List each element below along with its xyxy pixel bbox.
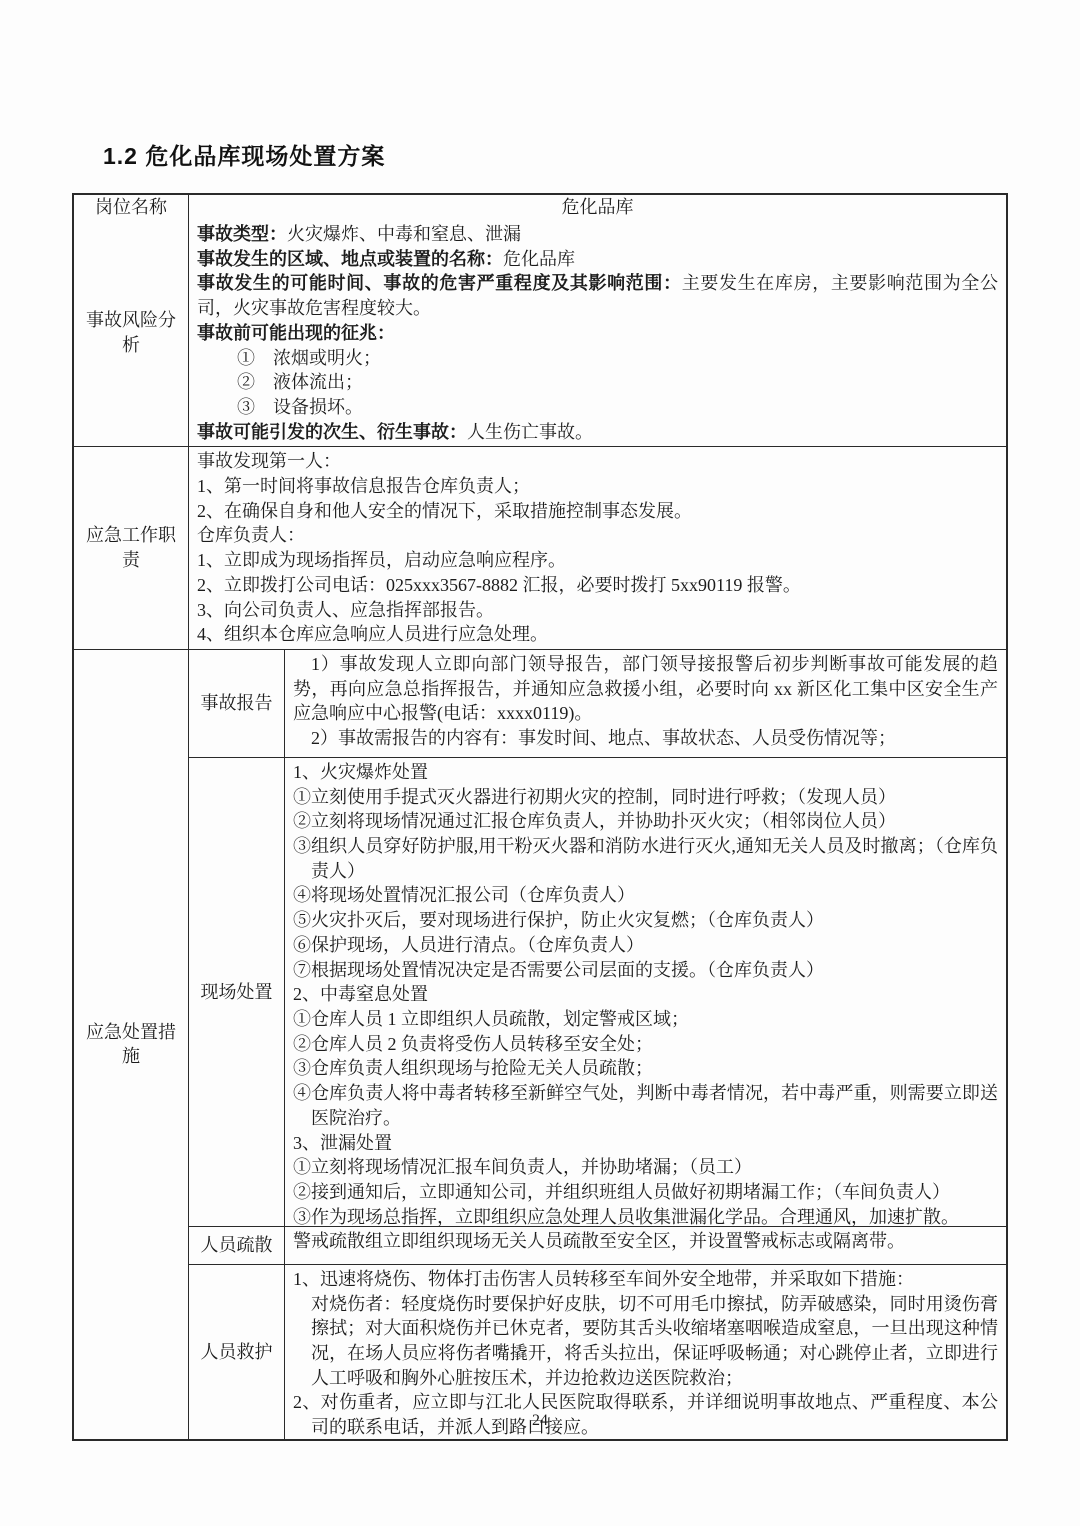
text-run: ②接到通知后，立即通知公司，并组织班组人员做好初期堵漏工作；（车间负责人） (293, 1182, 950, 1202)
text-line: ⑥保护现场，人员进行清点。（仓库负责人） (293, 933, 998, 958)
text-run: 1）事故发现人立即向部门领导报告，部门领导接报警后初步判断事故可能发展的趋势，再… (293, 654, 998, 723)
text-run: 1、迅速将烧伤、物体打击伤害人员转移至车间外安全地带，并采取如下措施： (293, 1269, 914, 1289)
text-line: 事故类型：火灾爆炸、中毒和窒息、泄漏 (197, 222, 998, 247)
text-line: ④仓库负责人将中毒者转移至新鲜空气处，判断中毒者情况，若中毒严重，则需要立即送医… (293, 1081, 998, 1130)
text-line: ①立刻使用手提式灭火器进行初期火灾的控制，同时进行呼救；（发现人员） (293, 785, 998, 810)
subrow-label-cell: 现场处置 (189, 758, 285, 1226)
text-run: 火灾爆炸、中毒和窒息、泄漏 (287, 224, 521, 244)
text-run: 2）事故需报告的内容有：事发时间、地点、事故状态、人员受伤情况等； (311, 728, 896, 748)
table-row: 事故风险分析事故类型：火灾爆炸、中毒和窒息、泄漏事故发生的区域、地点或装置的名称… (74, 220, 1006, 446)
text-line: 事故发生的可能时间、事故的危害严重程度及其影响范围：主要发生在库房，主要影响范围… (197, 271, 998, 320)
text-line: 3、向公司负责人、应急指挥部报告。 (197, 598, 998, 623)
page-number: 24 (0, 1412, 1080, 1430)
text-run: 2、在确保自身和他人安全的情况下，采取措施控制事态发展。 (197, 501, 692, 521)
text-line: 2、在确保自身和他人安全的情况下，采取措施控制事态发展。 (197, 499, 998, 524)
row-label-cell: 应急工作职责 (74, 447, 189, 649)
text-run: ② 液体流出； (237, 372, 363, 392)
text-run: ④仓库负责人将中毒者转移至新鲜空气处，判断中毒者情况，若中毒严重，则需要立即送医… (293, 1083, 998, 1128)
text-run: ⑥保护现场，人员进行清点。（仓库负责人） (293, 935, 644, 955)
subrow-group: 事故报告1）事故发现人立即向部门领导报告，部门领导接报警后初步判断事故可能发展的… (189, 650, 1006, 1439)
page-title: 1.2 危化品库现场处置方案 (103, 138, 385, 171)
text-line: ③ 设备损坏。 (197, 395, 998, 420)
text-line: 事故发现第一人： (197, 449, 998, 474)
text-line: 警戒疏散组立即组织现场无关人员疏散至安全区，并设置警戒标志或隔离带。 (293, 1229, 998, 1254)
text-run: ①立刻使用手提式灭火器进行初期火灾的控制，同时进行呼救；（发现人员） (293, 787, 896, 807)
text-run: 3、向公司负责人、应急指挥部报告。 (197, 600, 494, 620)
text-line: 1、火灾爆炸处置 (293, 760, 998, 785)
text-run: ②仓库人员 2 负责将受伤人员转移至安全处； (293, 1034, 653, 1054)
text-run: 1、第一时间将事故信息报告仓库负责人； (197, 476, 530, 496)
text-run: ⑦根据现场处置情况决定是否需要公司层面的支援。（仓库负责人） (293, 960, 824, 980)
table-row: 应急工作职责事故发现第一人：1、第一时间将事故信息报告仓库负责人；2、在确保自身… (74, 446, 1006, 649)
text-run: 警戒疏散组立即组织现场无关人员疏散至安全区，并设置警戒标志或隔离带。 (293, 1231, 905, 1251)
text-run: ①立刻将现场情况汇报车间负责人，并协助堵漏；（员工） (293, 1157, 752, 1177)
text-run: 2、中毒窒息处置 (293, 984, 428, 1004)
text-run: 1、火灾爆炸处置 (293, 762, 428, 782)
text-line: 1、迅速将烧伤、物体打击伤害人员转移至车间外安全地带，并采取如下措施： (293, 1267, 998, 1292)
text-line: 3、泄漏处置 (293, 1131, 998, 1156)
table-row: 应急处置措施事故报告1）事故发现人立即向部门领导报告，部门领导接报警后初步判断事… (74, 649, 1006, 1439)
text-line: 4、组织本仓库应急响应人员进行应急处理。 (197, 622, 998, 647)
subrow-label-cell: 人员疏散 (189, 1227, 285, 1264)
text-line: ②仓库人员 2 负责将受伤人员转移至安全处； (293, 1032, 998, 1057)
text-run: ③组织人员穿好防护服,用干粉灭火器和消防水进行灭火,通知无关人员及时撤离；（仓库… (293, 836, 998, 881)
text-line: 对烧伤者：轻度烧伤时要保护好皮肤，切不可用毛巾擦拭，防弄破感染，同时用烫伤膏擦拭… (293, 1292, 998, 1391)
text-run: 2、立即拨打公司电话：025xxx3567-8882 汇报，必要时拨打 5xx9… (197, 575, 801, 595)
bold-text-run: 事故前可能出现的征兆： (197, 323, 395, 343)
text-line: ②接到通知后，立即通知公司，并组织班组人员做好初期堵漏工作；（车间负责人） (293, 1180, 998, 1205)
text-run: ③作为现场总指挥，立即组织应急处理人员收集泄漏化学品。合理通风，加速扩散。 (293, 1207, 959, 1227)
text-line: ③组织人员穿好防护服,用干粉灭火器和消防水进行灭火,通知无关人员及时撤离；（仓库… (293, 834, 998, 883)
text-line: ④将现场处置情况汇报公司（仓库负责人） (293, 883, 998, 908)
header-post-name-cell: 岗位名称 (74, 195, 189, 220)
row-content-cell: 事故发现第一人：1、第一时间将事故信息报告仓库负责人；2、在确保自身和他人安全的… (189, 447, 1006, 649)
text-run: 仓库负责人： (197, 525, 305, 545)
row-label-cell: 事故风险分析 (74, 220, 189, 446)
text-line: ①立刻将现场情况汇报车间负责人，并协助堵漏；（员工） (293, 1155, 998, 1180)
subrow-content-cell: 1）事故发现人立即向部门领导报告，部门领导接报警后初步判断事故可能发展的趋势，再… (285, 650, 1006, 757)
text-run: ③仓库负责人组织现场与抢险无关人员疏散； (293, 1058, 653, 1078)
subrow-label-cell: 事故报告 (189, 650, 285, 757)
subrow: 现场处置1、火灾爆炸处置①立刻使用手提式灭火器进行初期火灾的控制，同时进行呼救；… (189, 757, 1006, 1226)
text-line: ① 浓烟或明火； (197, 346, 998, 371)
text-line: ⑦根据现场处置情况决定是否需要公司层面的支援。（仓库负责人） (293, 958, 998, 983)
text-line: 1）事故发现人立即向部门领导报告，部门领导接报警后初步判断事故可能发展的趋势，再… (293, 652, 998, 726)
bold-text-run: 事故发生的可能时间、事故的危害严重程度及其影响范围： (197, 273, 682, 293)
subrow-content-cell: 警戒疏散组立即组织现场无关人员疏散至安全区，并设置警戒标志或隔离带。 (285, 1227, 1006, 1264)
text-line: ② 液体流出； (197, 370, 998, 395)
text-run: 3、泄漏处置 (293, 1133, 392, 1153)
row-label-cell: 应急处置措施 (74, 650, 189, 1439)
bold-text-run: 事故发生的区域、地点或装置的名称： (197, 249, 503, 269)
subrow: 人员疏散警戒疏散组立即组织现场无关人员疏散至安全区，并设置警戒标志或隔离带。 (189, 1226, 1006, 1264)
text-line: 事故前可能出现的征兆： (197, 321, 998, 346)
row-content-cell: 事故类型：火灾爆炸、中毒和窒息、泄漏事故发生的区域、地点或装置的名称：危化品库事… (189, 220, 1006, 446)
text-line: 事故可能引发的次生、衍生事故：人生伤亡事故。 (197, 420, 998, 445)
text-run: 4、组织本仓库应急响应人员进行应急处理。 (197, 624, 548, 644)
text-run: ②立刻将现场情况通过汇报仓库负责人，并协助扑灭火灾；（相邻岗位人员） (293, 811, 896, 831)
text-run: 人生伤亡事故。 (467, 422, 593, 442)
subrow: 事故报告1）事故发现人立即向部门领导报告，部门领导接报警后初步判断事故可能发展的… (189, 650, 1006, 757)
text-line: 1、立即成为现场指挥员，启动应急响应程序。 (197, 548, 998, 573)
text-run: 事故发现第一人： (197, 451, 341, 471)
subrow-content-cell: 1、火灾爆炸处置①立刻使用手提式灭火器进行初期火灾的控制，同时进行呼救；（发现人… (285, 758, 1006, 1226)
text-line: 2、中毒窒息处置 (293, 982, 998, 1007)
text-line: ③仓库负责人组织现场与抢险无关人员疏散； (293, 1056, 998, 1081)
table-header-row: 岗位名称 危化品库 (74, 195, 1006, 220)
text-line: ⑤火灾扑灭后，要对现场进行保护，防止火灾复燃；（仓库负责人） (293, 908, 998, 933)
text-line: 1、第一时间将事故信息报告仓库负责人； (197, 474, 998, 499)
bold-text-run: 事故可能引发的次生、衍生事故： (197, 422, 467, 442)
text-line: 2）事故需报告的内容有：事发时间、地点、事故状态、人员受伤情况等； (293, 726, 998, 751)
text-line: ②立刻将现场情况通过汇报仓库负责人，并协助扑灭火灾；（相邻岗位人员） (293, 809, 998, 834)
text-line: 事故发生的区域、地点或装置的名称：危化品库 (197, 247, 998, 272)
document-page: 1.2 危化品库现场处置方案 岗位名称 危化品库 事故风险分析事故类型：火灾爆炸… (0, 0, 1080, 1526)
table-body: 事故风险分析事故类型：火灾爆炸、中毒和窒息、泄漏事故发生的区域、地点或装置的名称… (74, 220, 1006, 1439)
text-run: ① 浓烟或明火； (237, 348, 381, 368)
text-run: ⑤火灾扑灭后，要对现场进行保护，防止火灾复燃；（仓库负责人） (293, 910, 824, 930)
text-run: 1、立即成为现场指挥员，启动应急响应程序。 (197, 550, 566, 570)
text-line: 2、立即拨打公司电话：025xxx3567-8882 汇报，必要时拨打 5xx9… (197, 573, 998, 598)
response-plan-table: 岗位名称 危化品库 事故风险分析事故类型：火灾爆炸、中毒和窒息、泄漏事故发生的区… (72, 193, 1008, 1441)
text-run: 对烧伤者：轻度烧伤时要保护好皮肤，切不可用毛巾擦拭，防弄破感染，同时用烫伤膏擦拭… (311, 1294, 998, 1388)
text-line: ①仓库人员 1 立即组织人员疏散，划定警戒区域； (293, 1007, 998, 1032)
text-run: 危化品库 (503, 249, 575, 269)
text-run: ④将现场处置情况汇报公司（仓库负责人） (293, 885, 635, 905)
bold-text-run: 事故类型： (197, 224, 287, 244)
text-run: ①仓库人员 1 立即组织人员疏散，划定警戒区域； (293, 1009, 689, 1029)
text-line: 仓库负责人： (197, 523, 998, 548)
text-run: ③ 设备损坏。 (237, 397, 363, 417)
header-post-value-cell: 危化品库 (189, 195, 1006, 220)
